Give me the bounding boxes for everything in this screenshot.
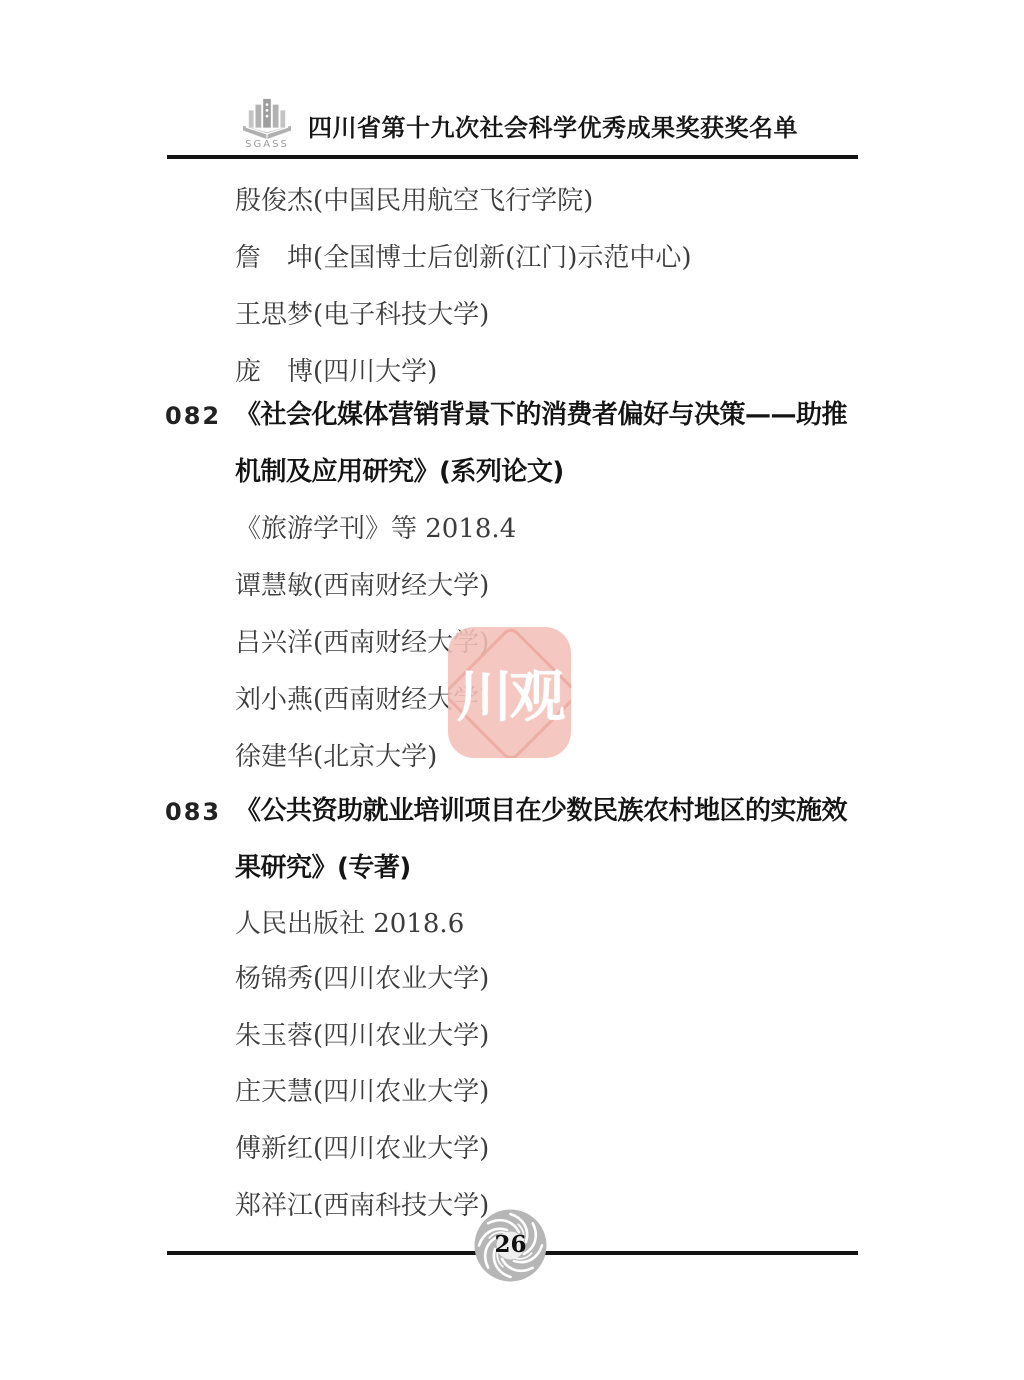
page-title: 四川省第十九次社会科学优秀成果奖获奖名单 — [308, 108, 798, 143]
document-page: SGASS 四川省第十九次社会科学优秀成果奖获奖名单 殷俊杰(中国民用航空飞行学… — [0, 0, 1024, 1380]
sgass-logo-label: SGASS — [234, 139, 300, 150]
author-line: 庞 博(四川大学) — [235, 357, 437, 387]
author-line: 傅新红(四川农业大学) — [235, 1134, 489, 1164]
author-line: 詹 坤(全国博士后创新(江门)示范中心) — [235, 243, 692, 273]
entry-title-line: 果研究》(专著) — [235, 853, 411, 883]
watermark-text: 川观 — [457, 653, 563, 733]
page-number: 26 — [474, 1231, 547, 1258]
header-divider — [167, 155, 858, 159]
entry-number: 083 — [165, 797, 221, 827]
author-line: 郑祥江(西南科技大学) — [235, 1191, 489, 1221]
author-line: 谭慧敏(西南财经大学) — [235, 571, 489, 601]
sgass-logo-icon — [238, 96, 296, 142]
entry-title-line: 机制及应用研究》(系列论文) — [235, 457, 564, 487]
publication-line: 人民出版社 2018.6 — [235, 909, 464, 939]
publication-line: 《旅游学刊》等 2018.4 — [235, 514, 516, 544]
author-line: 王思梦(电子科技大学) — [235, 300, 489, 330]
author-line: 杨锦秀(四川农业大学) — [235, 964, 489, 994]
author-line: 朱玉蓉(四川农业大学) — [235, 1021, 489, 1051]
entry-title-line: 082 《社会化媒体营销背景下的消费者偏好与决策——助推 — [235, 400, 847, 430]
author-line: 殷俊杰(中国民用航空飞行学院) — [235, 186, 593, 216]
author-line: 徐建华(北京大学) — [235, 742, 437, 772]
chuanguan-watermark: 川观 — [448, 627, 571, 758]
entry-number: 082 — [165, 401, 221, 431]
entry-title-line: 083 《公共资助就业培训项目在少数民族农村地区的实施效 — [235, 796, 847, 826]
author-line: 庄天慧(四川农业大学) — [235, 1077, 489, 1107]
